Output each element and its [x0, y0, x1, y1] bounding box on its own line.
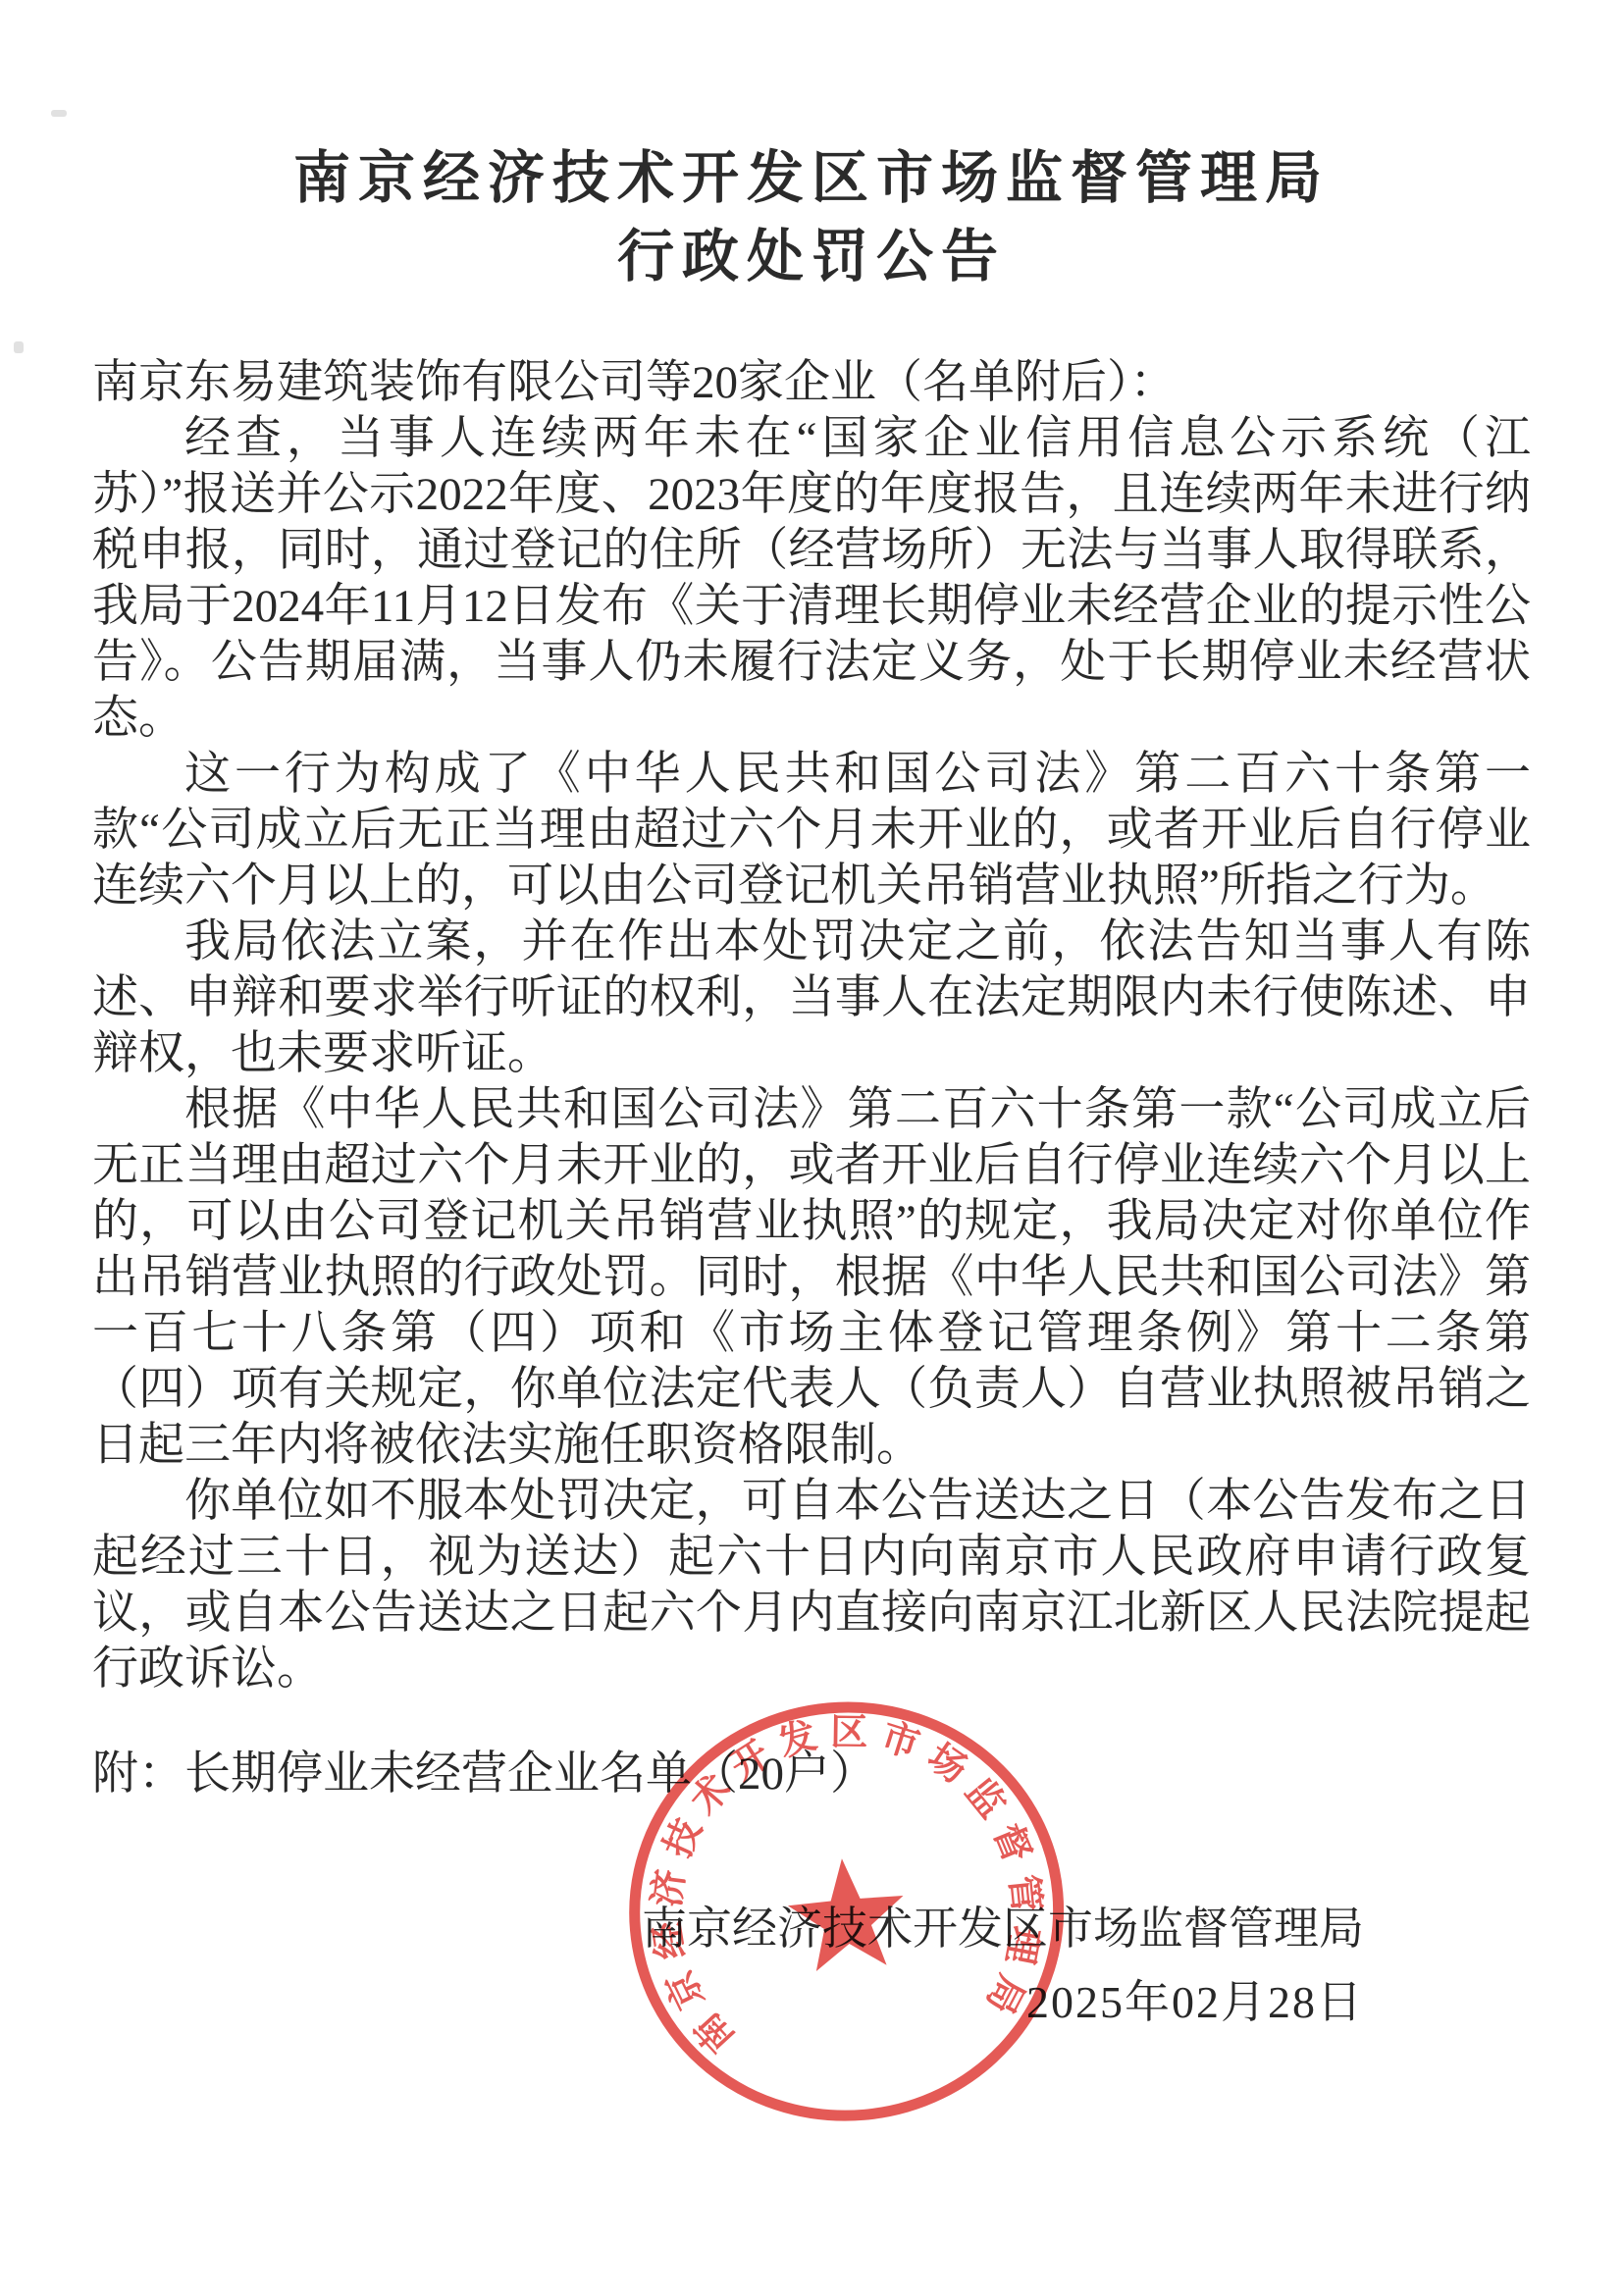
document-title: 南京经济技术开发区市场监督管理局 行政处罚公告 [94, 139, 1529, 296]
document-body: 南京东易建筑装饰有限公司等20家企业（名单附后）： 经查，当事人连续两年未在“国… [92, 355, 1531, 1697]
body-paragraph: 根据《中华人民共和国公司法》第二百六十条第一款“公司成立后无正当理由超过六个月未… [92, 1082, 1531, 1474]
attachment-note: 附：长期停业未经营企业名单（20户） [92, 1747, 1531, 1802]
document-page: 南京经济技术开发区市场监督管理局 行政处罚公告 南京东易建筑装饰有限公司等20家… [0, 0, 1623, 2296]
body-paragraph: 你单位如不服本处罚决定，可自本公告送达之日（本公告发布之日起经过三十日，视为送达… [92, 1474, 1531, 1697]
signature-date: 2025年02月28日 [92, 1974, 1364, 2030]
body-paragraph: 南京东易建筑装饰有限公司等20家企业（名单附后）： [92, 355, 1531, 411]
body-paragraph: 经查，当事人连续两年未在“国家企业信用信息公示系统（江苏）”报送并公示2022年… [92, 411, 1531, 747]
scan-artifact [14, 341, 24, 353]
body-paragraph: 这一行为构成了《中华人民共和国公司法》第二百六十条第一款“公司成立后无正当理由超… [92, 747, 1531, 914]
document-title-line1: 南京经济技术开发区市场监督管理局 [94, 139, 1529, 218]
signature-block: 南京经济技术开发区市场监督管理局 2025年02月28日 [92, 1901, 1364, 2030]
signature-agency: 南京经济技术开发区市场监督管理局 [92, 1901, 1364, 1957]
document-title-line2: 行政处罚公告 [94, 218, 1529, 296]
scan-artifact [51, 110, 67, 117]
body-paragraph: 我局依法立案，并在作出本处罚决定之前，依法告知当事人有陈述、申辩和要求举行听证的… [92, 914, 1531, 1082]
